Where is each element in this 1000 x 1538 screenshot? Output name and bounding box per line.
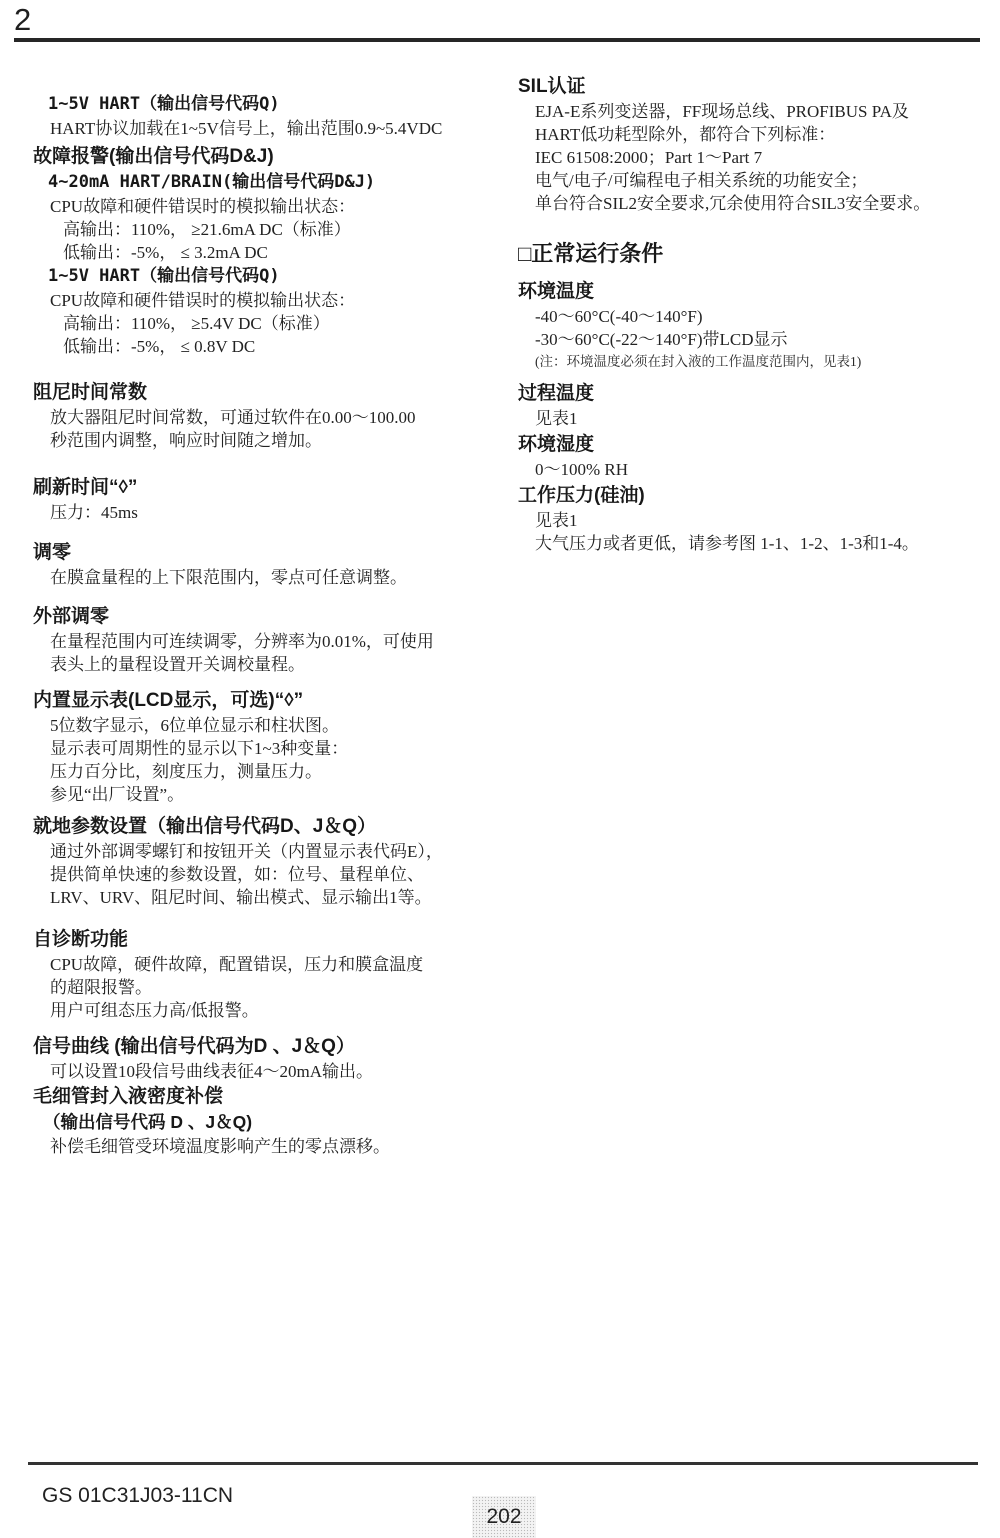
text-line: HART协议加载在1~5V信号上，输出范围0.9~5.4VDC — [33, 117, 507, 140]
text-line: 压力：45ms — [33, 501, 507, 524]
page-header-number: 2 — [14, 2, 31, 38]
text-line: 的超限报警。 — [33, 976, 507, 999]
text-line: 秒范围内调整，响应时间随之增加。 — [33, 429, 507, 452]
text-line: 补偿毛细管受环境温度影响产生的零点漂移。 — [33, 1135, 507, 1158]
section-title-signal-curve: 信号曲线 (输出信号代码为D 、J＆Q） — [33, 1034, 507, 1060]
section-title-external-zero: 外部调零 — [33, 604, 507, 630]
text-line: 0～100% RH — [518, 458, 994, 481]
text-line: 压力百分比，刻度压力，测量压力。 — [33, 760, 507, 783]
note-line: (注：环境温度必须在封入液的工作温度范围内，见表1) — [518, 351, 994, 373]
footer-rule — [28, 1462, 978, 1465]
text-line: -30～60°C(-22～140°F)带LCD显示 — [518, 328, 994, 351]
section-title-update-time: 刷新时间“◊” — [33, 475, 507, 501]
section-title-process-temperature: 过程温度 — [518, 381, 994, 407]
section-title-self-diagnostics: 自诊断功能 — [33, 927, 507, 953]
text-line: EJA-E系列变送器，FF现场总线、PROFIBUS PA及 — [518, 100, 994, 123]
subsection-title-hart-q-alarm: 1~5V HART（输出信号代码Q) — [33, 264, 507, 289]
section-title-ambient-humidity: 环境湿度 — [518, 432, 994, 458]
text-line: 见表1 — [518, 407, 994, 430]
page-number-badge: 202 — [472, 1496, 536, 1538]
text-line: IEC 61508:2000；Part 1～Part 7 — [518, 146, 994, 169]
text-line: 高输出：110%， ≥21.6mA DC（标准） — [33, 218, 507, 241]
section-title-ambient-temperature: 环境温度 — [518, 279, 994, 305]
document-page: 2 1~5V HART（输出信号代码Q) HART协议加载在1~5V信号上，输出… — [0, 0, 1000, 1538]
text-line: LRV、URV、阻尼时间、输出模式、显示输出1等。 — [33, 886, 507, 909]
header-rule — [14, 38, 980, 42]
section-title-zero-adjustment: 调零 — [33, 540, 507, 566]
text-line: 低输出：-5%， ≤ 3.2mA DC — [33, 241, 507, 264]
section-title-integral-indicator: 内置显示表(LCD显示，可选)“◊” — [33, 688, 507, 714]
section-title-capillary: 毛细管封入液密度补偿 — [33, 1084, 507, 1110]
text-line: 5位数字显示，6位单位显示和柱状图。 — [33, 714, 507, 737]
text-line: CPU故障和硬件错误时的模拟输出状态： — [33, 195, 507, 218]
text-line: HART低功耗型除外，都符合下列标准： — [518, 123, 994, 146]
text-line: 可以设置10段信号曲线表征4～20mA输出。 — [33, 1060, 507, 1083]
text-line: 显示表可周期性的显示以下1~3种变量： — [33, 737, 507, 760]
footer-doc-number: GS 01C31J03-11CN — [42, 1484, 233, 1508]
text-line: 放大器阻尼时间常数，可通过软件在0.00～100.00 — [33, 406, 507, 429]
text-line: 参见“出厂设置”。 — [33, 783, 507, 806]
text-line: 在膜盒量程的上下限范围内，零点可任意调整。 — [33, 566, 507, 589]
text-line: 提供简单快速的参数设置，如：位号、量程单位、 — [33, 863, 507, 886]
text-line: 低输出：-5%， ≤ 0.8V DC — [33, 335, 507, 358]
text-line: 通过外部调零螺钉和按钮开关（内置显示表代码E）， — [33, 840, 507, 863]
text-line: 在量程范围内可连续调零，分辨率为0.01%，可使用 — [33, 630, 507, 653]
subsection-title-hart-q: 1~5V HART（输出信号代码Q) — [33, 92, 507, 117]
text-line: 见表1 — [518, 509, 994, 532]
text-line: CPU故障和硬件错误时的模拟输出状态： — [33, 289, 507, 312]
subsection-title-capillary-codes: （输出信号代码 D 、J＆Q) — [33, 1110, 507, 1135]
text-line: 电气/电子/可编程电子相关系统的功能安全； — [518, 169, 994, 192]
section-title-local-parameter: 就地参数设置（输出信号代码D、J＆Q） — [33, 814, 507, 840]
text-line: 表头上的量程设置开关调校量程。 — [33, 653, 507, 676]
section-title-fault-alarm: 故障报警(输出信号代码D&J) — [33, 144, 507, 170]
section-title-damping: 阻尼时间常数 — [33, 380, 507, 406]
right-column: SIL认证 EJA-E系列变送器，FF现场总线、PROFIBUS PA及 HAR… — [518, 74, 994, 555]
section-title-working-pressure: 工作压力(硅油) — [518, 483, 994, 509]
subsection-title-hart-brain: 4~20mA HART/BRAIN(输出信号代码D&J) — [33, 170, 507, 195]
text-line: 用户可组态压力高/低报警。 — [33, 999, 507, 1022]
text-line: 高输出：110%， ≥5.4V DC（标准） — [33, 312, 507, 335]
text-line: -40～60°C(-40～140°F) — [518, 305, 994, 328]
text-line: 大气压力或者更低，请参考图 1-1、1-2、1-3和1-4。 — [518, 532, 994, 555]
text-line: CPU故障，硬件故障，配置错误，压力和膜盒温度 — [33, 953, 507, 976]
text-line: 单台符合SIL2安全要求,冗余使用符合SIL3安全要求。 — [518, 192, 994, 215]
left-column: 1~5V HART（输出信号代码Q) HART协议加载在1~5V信号上，输出范围… — [33, 92, 507, 1158]
section-title-sil: SIL认证 — [518, 74, 994, 100]
section-title-normal-operating-conditions: □正常运行条件 — [518, 239, 994, 269]
